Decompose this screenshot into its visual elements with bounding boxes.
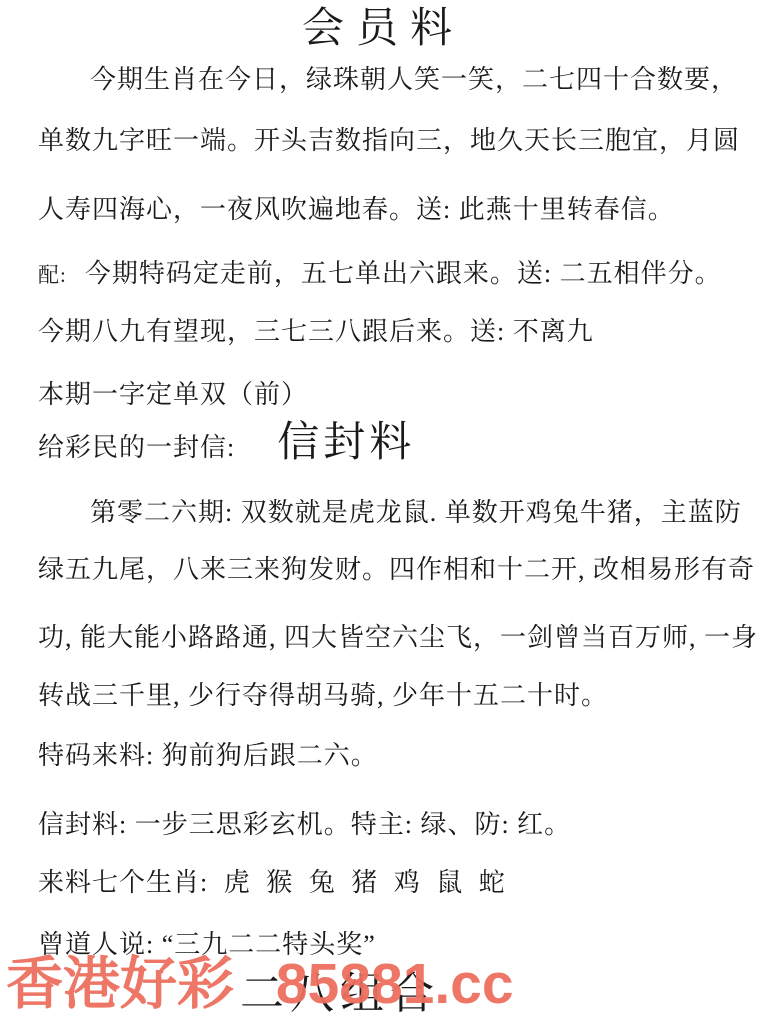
pei-line: 配:今期特码定走前，五七单出六跟来。送: 二五相伴分。: [38, 261, 722, 287]
pei-label: 配:: [38, 263, 67, 287]
paragraph1-line2: 单数九字旺一端。开头吉数指向三，地久天长三胞宜，月圆: [38, 128, 740, 154]
line-eight-nine: 今期八九有望现，三七三八跟后来。送: 不离九: [38, 319, 594, 345]
document-page: 会员料 今期生肖在今日，绿珠朝人笑一笑，二七四十合数要， 单数九字旺一端。开头吉…: [0, 0, 766, 1024]
paragraph1-line1: 今期生肖在今日，绿珠朝人笑一笑，二七四十合数要，: [90, 67, 738, 93]
letter-to-punters-label: 给彩民的一封信:: [38, 433, 235, 462]
paragraph2-line2: 绿五九尾，八来三来狗发财。四作相和十二开, 改相易形有奇: [38, 557, 755, 583]
line-odd-even: 本期一字定单双（前）: [38, 382, 308, 408]
paragraph2-line3: 功, 能大能小路路通, 四大皆空六尘飞，一剑曾当百万师, 一身: [38, 625, 758, 651]
member-material-heading: 会员料: [0, 8, 766, 50]
zodiac-line: 来料七个生肖: 虎 猴 兔 猪 鸡 鼠 蛇: [38, 870, 506, 896]
watermark: 香港好彩 85881.cc: [6, 956, 514, 1013]
paragraph2-line1: 第零二六期: 双数就是虎龙鼠. 单数开鸡兔牛猪，主蓝防: [90, 500, 742, 526]
envelope-material-heading: 信封料: [277, 420, 415, 466]
envelope-material-line: 信封料: 一步三思彩玄机。特主: 绿、防: 红。: [38, 812, 571, 838]
paragraph1-line3: 人寿四海心，一夜风吹遍地春。送: 此燕十里转春信。: [38, 197, 675, 223]
paragraph2-line4: 转战三千里, 少行夺得胡马骑, 少年十五二十时。: [38, 683, 608, 709]
special-code-line: 特码来料: 狗前狗后跟二六。: [38, 743, 378, 769]
envelope-heading-line: 给彩民的一封信:信封料: [38, 422, 415, 464]
pei-line-text: 今期特码定走前，五七单出六跟来。送: 二五相伴分。: [85, 259, 722, 288]
